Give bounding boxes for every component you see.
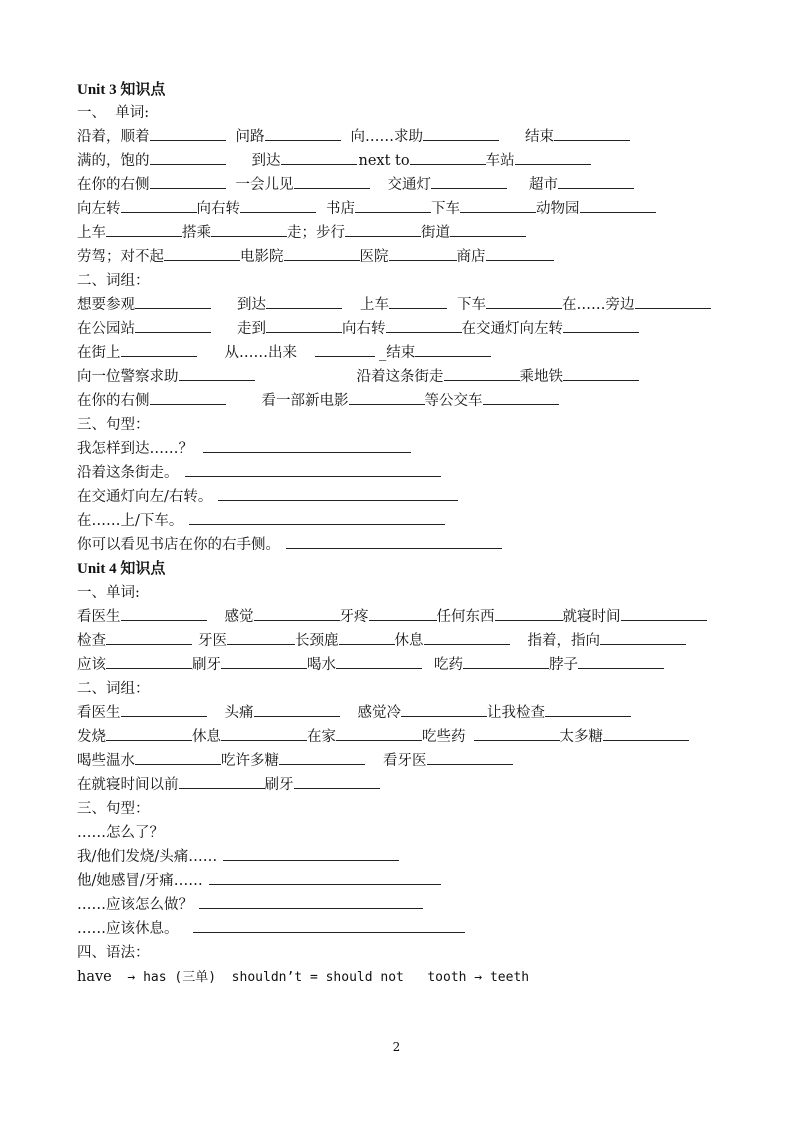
answer-blank[interactable] — [389, 246, 457, 261]
answer-blank[interactable] — [486, 294, 562, 309]
answer-blank[interactable] — [135, 750, 221, 765]
term-label: 街道 — [421, 222, 450, 244]
sentence-row: 沿着这条街走。 — [77, 462, 441, 484]
unit3-phrase-row: 想要参观到达上车下车在……旁边 — [77, 294, 711, 316]
term-label: 动物园 — [536, 198, 580, 220]
term-label: 看牙医 — [383, 750, 427, 772]
sentence-prompt: ……应该怎么做？ — [77, 894, 193, 916]
answer-blank[interactable] — [185, 462, 441, 477]
answer-blank[interactable] — [495, 606, 563, 621]
term-label: 沿着，顺着 — [77, 126, 150, 148]
answer-blank[interactable] — [423, 126, 499, 141]
term-label: 交通灯 — [388, 174, 432, 196]
term-label: 到达 — [252, 150, 281, 172]
term-label: 感觉 — [225, 606, 254, 628]
answer-blank[interactable] — [179, 774, 265, 789]
answer-blank[interactable] — [135, 294, 211, 309]
answer-blank[interactable] — [486, 246, 554, 261]
answer-blank[interactable] — [450, 222, 526, 237]
term-label: 想要参观 — [77, 294, 135, 316]
term-label: 就寝时间 — [563, 606, 621, 628]
sentence-row: ……应该怎么做？ — [77, 894, 423, 916]
answer-blank[interactable] — [279, 750, 365, 765]
unit4-phrase-row: 喝些温水吃许多糖看牙医 — [77, 750, 513, 772]
term-label: 商店 — [457, 246, 486, 268]
term-label: 从……出来 — [225, 342, 298, 364]
answer-blank[interactable] — [635, 294, 711, 309]
answer-blank[interactable] — [431, 174, 507, 189]
answer-blank[interactable] — [199, 894, 423, 909]
grammar-line: have → has (三单) shouldn’t = should not t… — [77, 966, 529, 988]
sentence-prompt: 在……上/下车。 — [77, 510, 183, 532]
unit3-words-heading: 一、 单词: — [77, 102, 149, 124]
answer-blank[interactable] — [121, 198, 197, 213]
sentence-prompt: 我怎样到达……？ — [77, 438, 193, 460]
term-label: 沿着这条街走 — [357, 366, 444, 388]
unit3-word-row: 劳驾；对不起电影院医院商店 — [77, 246, 554, 268]
term-label: 牙疼 — [340, 606, 369, 628]
term-label: 在你的右侧 — [77, 390, 150, 412]
unit3-word-row: 向左转向右转书店下车动物园 — [77, 198, 656, 220]
answer-blank[interactable] — [106, 630, 192, 645]
answer-blank[interactable] — [203, 438, 411, 453]
term-label: 下车 — [431, 198, 460, 220]
answer-blank[interactable] — [578, 654, 664, 669]
answer-blank[interactable] — [355, 198, 431, 213]
term-label: 头痛 — [225, 702, 254, 724]
unit4-phrases-heading: 二、词组： — [77, 678, 150, 700]
answer-blank[interactable] — [463, 654, 549, 669]
unit3-phrases-heading: 二、词组： — [77, 270, 150, 292]
unit3-phrase-row: 在公园站走到向右转在交通灯向左转 — [77, 318, 639, 340]
unit3-sentences-heading: 三、句型： — [77, 414, 150, 436]
unit4-phrase-row: 看医生头痛感觉冷让我检查 — [77, 702, 631, 724]
unit3-word-row: 沿着，顺着问路向……求助结束 — [77, 126, 630, 148]
answer-blank[interactable] — [211, 222, 287, 237]
sentence-row: 在……上/下车。 — [77, 510, 445, 532]
term-label: 感觉冷 — [358, 702, 402, 724]
answer-blank[interactable] — [474, 726, 560, 741]
term-label: 看一部新电影 — [262, 390, 349, 412]
answer-blank[interactable] — [227, 630, 295, 645]
term-label: 休息 — [395, 630, 424, 652]
term-label: 喝些温水 — [77, 750, 135, 772]
sentence-prompt: 我/他们发烧/头痛…… — [77, 846, 217, 868]
answer-blank[interactable] — [284, 246, 360, 261]
answer-blank[interactable] — [336, 726, 422, 741]
answer-blank[interactable] — [254, 606, 340, 621]
answer-blank[interactable] — [389, 294, 447, 309]
term-label: 问路 — [236, 126, 265, 148]
term-label: 在就寝时间以前 — [77, 774, 179, 796]
answer-blank[interactable] — [621, 606, 707, 621]
grammar-rest: → has (三单) shouldn’t = should not tooth … — [112, 967, 529, 989]
term-label: 电影院 — [240, 246, 284, 268]
term-label: next to — [359, 150, 410, 172]
answer-blank[interactable] — [240, 198, 316, 213]
answer-blank[interactable] — [415, 342, 491, 357]
term-label: 在……旁边 — [562, 294, 635, 316]
answer-blank[interactable] — [266, 318, 342, 333]
term-label: 刷牙 — [265, 774, 294, 796]
sentence-prompt: 他/她感冒/牙痛…… — [77, 870, 203, 892]
sentence-prompt: ……怎么了？ — [77, 822, 164, 844]
answer-blank[interactable] — [483, 390, 559, 405]
term-label: 走；步行 — [287, 222, 345, 244]
term-label: 满的，饱的 — [77, 150, 150, 172]
term-label: 上车 — [360, 294, 389, 316]
answer-blank[interactable] — [281, 150, 357, 165]
unit4-word-row: 看医生感觉牙疼任何东西就寝时间 — [77, 606, 707, 628]
term-label: 车站 — [486, 150, 515, 172]
term-label: 书店 — [326, 198, 355, 220]
answer-blank[interactable] — [563, 318, 639, 333]
answer-blank[interactable] — [444, 366, 520, 381]
answer-blank[interactable] — [401, 702, 487, 717]
term-label: 等公交车 — [425, 390, 483, 412]
unit3-phrase-row: 在街上从……出来_结束 — [77, 342, 491, 364]
answer-blank[interactable] — [179, 366, 255, 381]
answer-blank[interactable] — [164, 246, 240, 261]
answer-blank[interactable] — [193, 918, 465, 933]
answer-blank[interactable] — [558, 174, 634, 189]
unit4-sentences-heading: 三、句型： — [77, 798, 150, 820]
answer-blank[interactable] — [554, 126, 630, 141]
document-page: Unit 3 知识点 一、 单词: 沿着，顺着问路向……求助结束满的，饱的到达n… — [0, 0, 793, 1122]
page-number: 2 — [0, 1040, 793, 1054]
term-label: _结束 — [379, 342, 415, 364]
answer-blank[interactable] — [106, 222, 182, 237]
grammar-lead: have — [77, 966, 112, 988]
answer-blank[interactable] — [150, 174, 226, 189]
answer-blank[interactable] — [515, 150, 591, 165]
answer-blank[interactable] — [121, 702, 207, 717]
term-label: 在公园站 — [77, 318, 135, 340]
answer-blank[interactable] — [221, 726, 307, 741]
term-label: 吃许多糖 — [221, 750, 279, 772]
sentence-prompt: 在交通灯向左/右转。 — [77, 486, 212, 508]
term-label: 乘地铁 — [520, 366, 564, 388]
answer-blank[interactable] — [424, 630, 510, 645]
answer-blank[interactable] — [150, 150, 226, 165]
term-label: 医院 — [360, 246, 389, 268]
term-label: 任何东西 — [437, 606, 495, 628]
unit3-title: Unit 3 知识点 — [77, 79, 165, 101]
unit4-word-row: 检查牙医长颈鹿休息指着，指向 — [77, 630, 686, 652]
term-label: 在你的右侧 — [77, 174, 150, 196]
term-label: 指着，指向 — [528, 630, 601, 652]
answer-blank[interactable] — [121, 606, 207, 621]
term-label: 看医生 — [77, 606, 121, 628]
term-label: 长颈鹿 — [295, 630, 339, 652]
term-label: 劳驾；对不起 — [77, 246, 164, 268]
term-label: 走到 — [237, 318, 266, 340]
answer-blank[interactable] — [189, 510, 445, 525]
answer-blank[interactable] — [369, 606, 437, 621]
unit4-words-heading: 一、单词: — [77, 582, 140, 604]
answer-blank[interactable] — [315, 342, 375, 357]
term-label: 在家 — [307, 726, 336, 748]
answer-blank[interactable] — [265, 126, 341, 141]
unit3-word-row: 上车搭乘走；步行街道 — [77, 222, 526, 244]
term-label: 结束 — [525, 126, 554, 148]
sentence-row: 你可以看见书店在你的右手侧。 — [77, 534, 502, 556]
answer-blank[interactable] — [106, 654, 192, 669]
sentence-row: ……应该休息。 — [77, 918, 465, 940]
term-label: 一会儿见 — [236, 174, 294, 196]
term-label: 向右转 — [342, 318, 386, 340]
unit4-grammar-heading: 四、语法： — [77, 942, 150, 964]
answer-blank[interactable] — [106, 726, 192, 741]
answer-blank[interactable] — [600, 630, 686, 645]
term-label: 喝水 — [307, 654, 336, 676]
term-label: 向左转 — [77, 198, 121, 220]
answer-blank[interactable] — [294, 774, 380, 789]
answer-blank[interactable] — [286, 534, 502, 549]
sentence-row: 他/她感冒/牙痛…… — [77, 870, 441, 892]
term-label: 应该 — [77, 654, 106, 676]
answer-blank[interactable] — [209, 870, 441, 885]
answer-blank[interactable] — [386, 318, 462, 333]
term-label: 吃药 — [434, 654, 463, 676]
answer-blank[interactable] — [410, 150, 486, 165]
answer-blank[interactable] — [545, 702, 631, 717]
term-label: 超市 — [529, 174, 558, 196]
term-label: 看医生 — [77, 702, 121, 724]
term-label: 检查 — [77, 630, 106, 652]
sentence-prompt: 沿着这条街走。 — [77, 462, 179, 484]
answer-blank[interactable] — [150, 390, 226, 405]
sentence-row: ……怎么了？ — [77, 822, 164, 844]
sentence-prompt: ……应该休息。 — [77, 918, 179, 940]
unit4-phrase-row: 发烧休息在家吃些药太多糖 — [77, 726, 689, 748]
term-label: 向……求助 — [351, 126, 424, 148]
term-label: 到达 — [237, 294, 266, 316]
answer-blank[interactable] — [254, 702, 340, 717]
term-label: 休息 — [192, 726, 221, 748]
term-label: 发烧 — [77, 726, 106, 748]
answer-blank[interactable] — [150, 126, 226, 141]
answer-blank[interactable] — [223, 846, 399, 861]
answer-blank[interactable] — [345, 222, 421, 237]
answer-blank[interactable] — [580, 198, 656, 213]
term-label: 搭乘 — [182, 222, 211, 244]
sentence-row: 在交通灯向左/右转。 — [77, 486, 458, 508]
answer-blank[interactable] — [135, 318, 211, 333]
answer-blank[interactable] — [266, 294, 342, 309]
answer-blank[interactable] — [427, 750, 513, 765]
sentence-prompt: 你可以看见书店在你的右手侧。 — [77, 534, 280, 556]
unit3-word-row: 在你的右侧一会儿见交通灯超市 — [77, 174, 634, 196]
unit3-phrase-row: 在你的右侧看一部新电影等公交车 — [77, 390, 559, 412]
term-label: 刷牙 — [192, 654, 221, 676]
term-label: 向一位警察求助 — [77, 366, 179, 388]
sentence-row: 我/他们发烧/头痛…… — [77, 846, 399, 868]
term-label: 牙医 — [198, 630, 227, 652]
sentence-row: 我怎样到达……？ — [77, 438, 411, 460]
term-label: 让我检查 — [487, 702, 545, 724]
term-label: 下车 — [457, 294, 486, 316]
answer-blank[interactable] — [603, 726, 689, 741]
unit3-word-row: 满的，饱的到达next to车站 — [77, 150, 591, 172]
term-label: 向右转 — [197, 198, 241, 220]
answer-blank[interactable] — [460, 198, 536, 213]
answer-blank[interactable] — [221, 654, 307, 669]
answer-blank[interactable] — [121, 342, 197, 357]
answer-blank[interactable] — [563, 366, 639, 381]
term-label: 脖子 — [549, 654, 578, 676]
answer-blank[interactable] — [218, 486, 458, 501]
answer-blank[interactable] — [294, 174, 370, 189]
term-label: 上车 — [77, 222, 106, 244]
unit4-title: Unit 4 知识点 — [77, 558, 165, 580]
answer-blank[interactable] — [336, 654, 422, 669]
unit3-phrase-row: 向一位警察求助沿着这条街走乘地铁 — [77, 366, 639, 388]
term-label: 在交通灯向左转 — [462, 318, 564, 340]
unit4-phrase-row: 在就寝时间以前刷牙 — [77, 774, 380, 796]
answer-blank[interactable] — [349, 390, 425, 405]
term-label: 在街上 — [77, 342, 121, 364]
answer-blank[interactable] — [339, 630, 395, 645]
term-label: 太多糖 — [560, 726, 604, 748]
term-label: 吃些药 — [422, 726, 466, 748]
unit4-word-row: 应该刷牙喝水吃药脖子 — [77, 654, 664, 676]
